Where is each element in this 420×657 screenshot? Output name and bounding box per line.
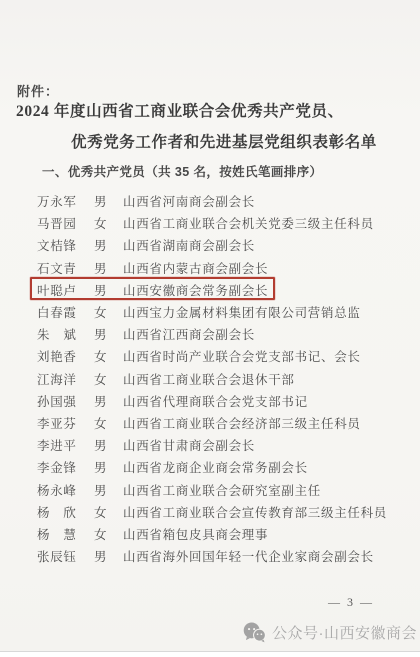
member-gender: 男 bbox=[94, 436, 123, 454]
member-gender: 女 bbox=[94, 370, 123, 388]
member-gender: 男 bbox=[94, 547, 123, 565]
member-name: 江海洋 bbox=[37, 370, 94, 388]
member-name: 石文青 bbox=[37, 259, 94, 277]
member-row: 文桔锋男山西省湖南商会副会长 bbox=[0, 234, 420, 256]
member-title: 山西省工商业联合会退休干部 bbox=[123, 370, 420, 388]
member-title: 山西省河南商会副会长 bbox=[123, 192, 420, 210]
member-name: 杨 欣 bbox=[37, 503, 94, 521]
member-gender: 男 bbox=[94, 281, 123, 299]
member-gender: 女 bbox=[94, 414, 123, 432]
member-name: 孙国强 bbox=[37, 392, 94, 410]
member-name: 李进平 bbox=[37, 436, 94, 454]
member-title: 山西省代理商联合会党支部书记 bbox=[123, 392, 420, 410]
member-list: 万永军男山西省河南商会副会长马晋园女山西省工商业联合会机关党委三级主任科员文桔锋… bbox=[0, 190, 420, 567]
member-row: 李金锋男山西省龙商企业商会常务副会长 bbox=[0, 456, 420, 478]
member-name: 马晋园 bbox=[37, 214, 94, 232]
member-title: 山西省内蒙古商会副会长 bbox=[123, 259, 420, 277]
member-row: 杨 欣女山西省工商业联合会宣传教育部三级主任科员 bbox=[0, 501, 420, 523]
member-gender: 女 bbox=[94, 214, 123, 232]
member-name: 杨永峰 bbox=[37, 481, 94, 499]
member-row: 孙国强男山西省代理商联合会党支部书记 bbox=[0, 390, 420, 412]
member-title: 山西省工商业联合会研究室副主任 bbox=[123, 481, 420, 499]
page-number: — 3 — bbox=[328, 595, 374, 610]
member-gender: 男 bbox=[94, 325, 123, 343]
member-gender: 女 bbox=[94, 303, 123, 321]
member-title: 山西省时尚产业联合会党支部书记、会长 bbox=[123, 347, 420, 365]
member-title: 山西省湖南商会副会长 bbox=[123, 236, 420, 254]
member-row: 李亚芬女山西省工商业联合会经济部三级主任科员 bbox=[0, 412, 420, 434]
member-row: 万永军男山西省河南商会副会长 bbox=[0, 190, 420, 212]
section-heading: 一、优秀共产党员（共 35 名，按姓氏笔画排序） bbox=[42, 162, 322, 180]
member-row: 刘艳香女山西省时尚产业联合会党支部书记、会长 bbox=[0, 345, 420, 367]
wechat-official-account-icon bbox=[243, 622, 266, 643]
member-title: 山西省工商业联合会宣传教育部三级主任科员 bbox=[123, 503, 420, 521]
member-name: 朱 斌 bbox=[37, 325, 94, 343]
member-title: 山西宝力金属材料集团有限公司营销总监 bbox=[123, 303, 420, 321]
member-row: 朱 斌男山西省江西商会副会长 bbox=[0, 323, 420, 345]
member-row: 张辰钰男山西省海外回国年轻一代企业家商会副会长 bbox=[0, 545, 420, 567]
member-title: 山西省工商业联合会机关党委三级主任科员 bbox=[123, 214, 420, 232]
member-name: 叶聪卢 bbox=[37, 281, 94, 299]
member-title: 山西省甘肃商会副会长 bbox=[123, 436, 420, 454]
member-gender: 男 bbox=[94, 458, 123, 476]
member-name: 李金锋 bbox=[37, 458, 94, 476]
bottom-divider bbox=[0, 651, 420, 657]
attachment-label: 附件： bbox=[17, 81, 59, 100]
member-name: 文桔锋 bbox=[37, 236, 94, 254]
member-title: 山西省海外回国年轻一代企业家商会副会长 bbox=[123, 547, 420, 565]
document-title-line1: 2024 年度山西省工商业联合会优秀共产党员、 bbox=[16, 99, 344, 121]
member-gender: 男 bbox=[94, 192, 123, 210]
member-title: 山西省江西商会副会长 bbox=[123, 325, 420, 343]
member-name: 刘艳香 bbox=[37, 347, 94, 365]
member-name: 万永军 bbox=[37, 192, 94, 210]
member-gender: 男 bbox=[94, 259, 123, 277]
member-title: 山西省龙商企业商会常务副会长 bbox=[123, 458, 420, 476]
member-gender: 女 bbox=[94, 347, 123, 365]
member-name: 李亚芬 bbox=[37, 414, 94, 432]
member-name: 白春霞 bbox=[37, 303, 94, 321]
member-title: 山西省工商业联合会经济部三级主任科员 bbox=[123, 414, 420, 432]
member-row: 杨 慧女山西省箱包皮具商会理事 bbox=[0, 523, 420, 545]
member-gender: 女 bbox=[94, 525, 123, 543]
member-row: 马晋园女山西省工商业联合会机关党委三级主任科员 bbox=[0, 212, 420, 234]
member-title: 山西省箱包皮具商会理事 bbox=[123, 525, 420, 543]
member-row: 江海洋女山西省工商业联合会退休干部 bbox=[0, 368, 420, 390]
member-row: 白春霞女山西宝力金属材料集团有限公司营销总监 bbox=[0, 301, 420, 323]
member-title: 山西安徽商会常务副会长 bbox=[123, 281, 420, 299]
member-row: 李进平男山西省甘肃商会副会长 bbox=[0, 434, 420, 456]
member-gender: 男 bbox=[94, 236, 123, 254]
watermark: 公众号·山西安徽商会 bbox=[243, 622, 417, 643]
member-gender: 男 bbox=[94, 392, 123, 410]
watermark-text: 公众号·山西安徽商会 bbox=[272, 622, 417, 643]
member-gender: 女 bbox=[94, 503, 123, 521]
member-row: 石文青男山西省内蒙古商会副会长 bbox=[0, 257, 420, 279]
member-gender: 男 bbox=[94, 481, 123, 499]
member-row: 杨永峰男山西省工商业联合会研究室副主任 bbox=[0, 478, 420, 500]
member-row-highlighted: 叶聪卢男山西安徽商会常务副会长 bbox=[0, 279, 420, 301]
member-name: 杨 慧 bbox=[37, 525, 94, 543]
document-title-line2: 优秀党务工作者和先进基层党组织表彰名单 bbox=[71, 130, 377, 152]
scanned-document-page: 附件： 2024 年度山西省工商业联合会优秀共产党员、 优秀党务工作者和先进基层… bbox=[0, 0, 420, 657]
member-name: 张辰钰 bbox=[37, 547, 94, 565]
